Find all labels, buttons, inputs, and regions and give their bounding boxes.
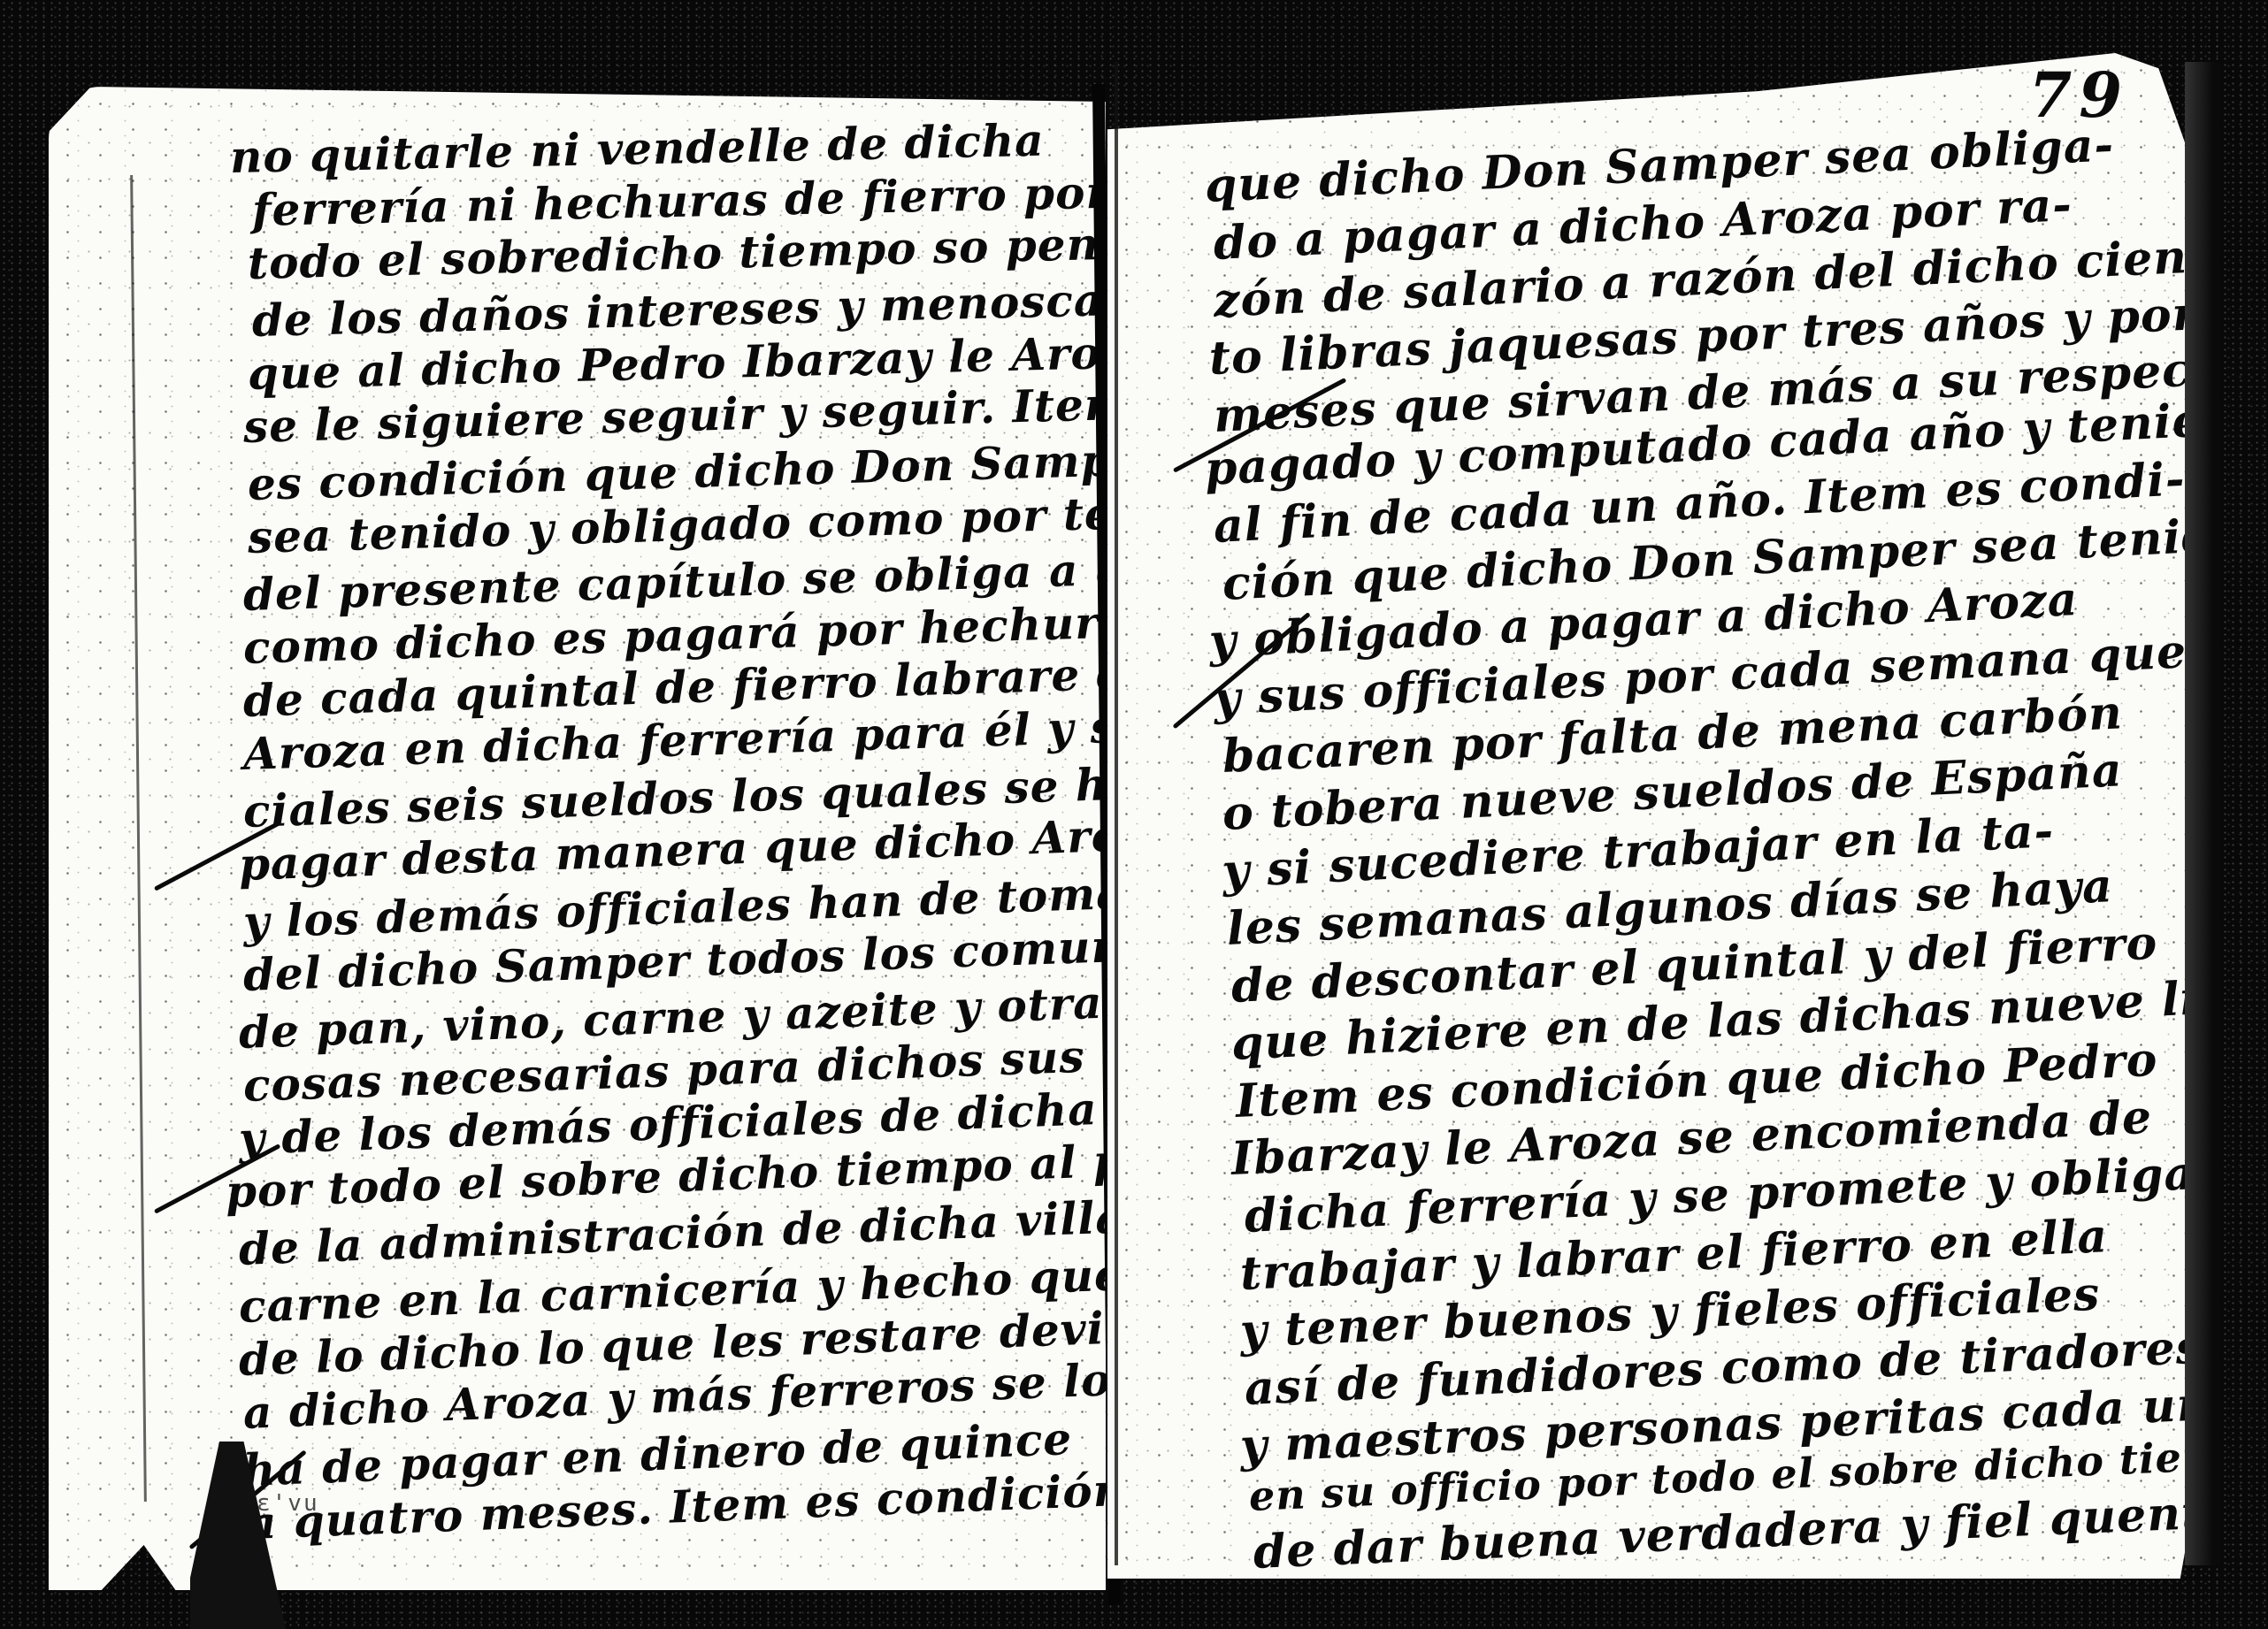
archive-stamp: ɛ'vu (257, 1490, 319, 1517)
right-page-gutter-edge (1115, 62, 1118, 1565)
right-page: 79 que dicho Don Samper sea obliga- do a… (1107, 53, 2191, 1579)
left-page: no quitarle ni vendelle de dicha ferrerí… (49, 87, 1106, 1590)
right-page-edge-shadow (2185, 62, 2220, 1565)
manuscript-spread: no quitarle ni vendelle de dicha ferrerí… (0, 0, 2268, 1629)
left-page-binding-rule (130, 175, 147, 1502)
